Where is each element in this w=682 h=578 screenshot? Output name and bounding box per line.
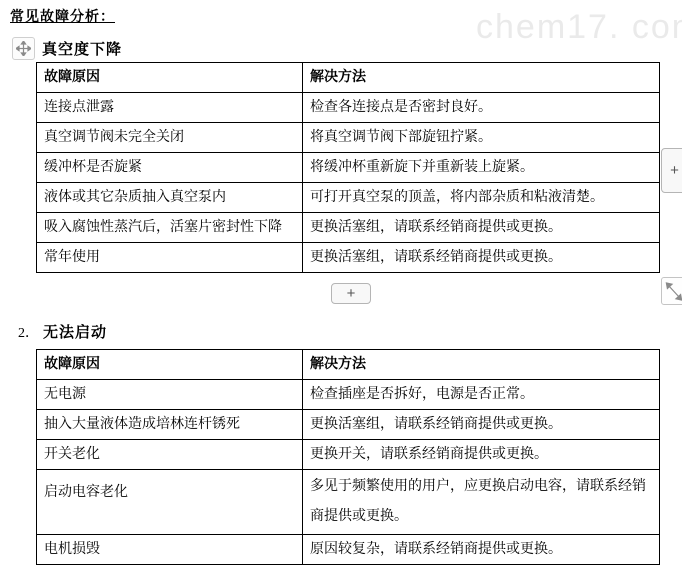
cause-cell[interactable]: 无电源 xyxy=(37,380,303,410)
solution-cell[interactable]: 多见于频繁使用的用户，应更换启动电容，请联系经销商提供或更换。 xyxy=(303,470,660,535)
table-row: 真空调节阀未完全关闭 将真空调节阀下部旋钮拧紧。 xyxy=(37,123,660,153)
table-row: 常年使用 更换活塞组，请联系经销商提供或更换。 xyxy=(37,243,660,273)
cause-cell[interactable]: 液体或其它杂质抽入真空泵内 xyxy=(37,183,303,213)
header-cell-cause[interactable]: 故障原因 xyxy=(37,63,303,93)
solution-cell[interactable]: 将真空调节阀下部旋钮拧紧。 xyxy=(303,123,660,153)
solution-cell[interactable]: 更换活塞组，请联系经销商提供或更换。 xyxy=(303,410,660,440)
solution-cell[interactable]: 检查插座是否拆好，电源是否正常。 xyxy=(303,380,660,410)
solution-cell[interactable]: 原因较复杂，请联系经销商提供或更换。 xyxy=(303,535,660,565)
watermark: chem17. com xyxy=(476,8,682,47)
insert-row-below-button[interactable]: + xyxy=(331,283,371,304)
insert-column-right-button[interactable]: + xyxy=(661,148,682,193)
solution-cell[interactable]: 更换活塞组，请联系经销商提供或更换。 xyxy=(303,213,660,243)
table-row: 连接点泄露 检查各连接点是否密封良好。 xyxy=(37,93,660,123)
document-page: chem17. com 常见故障分析： 真空度下降 故障原因 解决方法 xyxy=(0,0,682,578)
header-cell-solution[interactable]: 解决方法 xyxy=(303,350,660,380)
section-1-heading: 真空度下降 xyxy=(12,37,122,60)
cause-cell[interactable]: 开关老化 xyxy=(37,440,303,470)
table-row: 液体或其它杂质抽入真空泵内 可打开真空泵的顶盖，将内部杂质和粘液清楚。 xyxy=(37,183,660,213)
solution-cell[interactable]: 更换开关，请联系经销商提供或更换。 xyxy=(303,440,660,470)
move-icon xyxy=(16,41,31,56)
section-1-title: 真空度下降 xyxy=(42,38,122,59)
cause-cell[interactable]: 抽入大量液体造成培林连杆锈死 xyxy=(37,410,303,440)
table-resize-handle[interactable] xyxy=(661,277,682,305)
section-2-number: 2． xyxy=(18,322,39,342)
header-cell-solution[interactable]: 解决方法 xyxy=(303,63,660,93)
fault-table-no-start: 故障原因 解决方法 无电源 检查插座是否拆好，电源是否正常。 抽入大量液体造成培… xyxy=(36,349,660,565)
fault-table-vacuum: 故障原因 解决方法 连接点泄露 检查各连接点是否密封良好。 真空调节阀未完全关闭… xyxy=(36,62,660,273)
solution-cell[interactable]: 可打开真空泵的顶盖，将内部杂质和粘液清楚。 xyxy=(303,183,660,213)
cause-cell[interactable]: 真空调节阀未完全关闭 xyxy=(37,123,303,153)
table-header-row: 故障原因 解决方法 xyxy=(37,350,660,380)
cause-cell[interactable]: 常年使用 xyxy=(37,243,303,273)
table-row: 吸入腐蚀性蒸汽后，活塞片密封性下降 更换活塞组，请联系经销商提供或更换。 xyxy=(37,213,660,243)
solution-cell[interactable]: 更换活塞组，请联系经销商提供或更换。 xyxy=(303,243,660,273)
cause-cell[interactable]: 缓冲杯是否旋紧 xyxy=(37,153,303,183)
table-row: 电机损毁 原因较复杂，请联系经销商提供或更换。 xyxy=(37,535,660,565)
cause-cell[interactable]: 连接点泄露 xyxy=(37,93,303,123)
cause-cell[interactable]: 启动电容老化 xyxy=(37,470,303,535)
section-2-title: 无法启动 xyxy=(43,321,107,342)
table-row: 抽入大量液体造成培林连杆锈死 更换活塞组，请联系经销商提供或更换。 xyxy=(37,410,660,440)
table-header-row: 故障原因 解决方法 xyxy=(37,63,660,93)
table-row: 缓冲杯是否旋紧 将缓冲杯重新旋下并重新装上旋紧。 xyxy=(37,153,660,183)
table-row: 无电源 检查插座是否拆好，电源是否正常。 xyxy=(37,380,660,410)
page-title: 常见故障分析： xyxy=(10,6,115,26)
cause-cell[interactable]: 电机损毁 xyxy=(37,535,303,565)
resize-diagonal-icon xyxy=(664,279,682,303)
cause-cell[interactable]: 吸入腐蚀性蒸汽后，活塞片密封性下降 xyxy=(37,213,303,243)
solution-cell[interactable]: 检查各连接点是否密封良好。 xyxy=(303,93,660,123)
header-cell-cause[interactable]: 故障原因 xyxy=(37,350,303,380)
table-row: 启动电容老化 多见于频繁使用的用户，应更换启动电容，请联系经销商提供或更换。 xyxy=(37,470,660,535)
section-2-heading: 2． 无法启动 xyxy=(18,321,107,342)
solution-cell[interactable]: 将缓冲杯重新旋下并重新装上旋紧。 xyxy=(303,153,660,183)
table-move-handle[interactable] xyxy=(12,37,35,60)
table-row: 开关老化 更换开关，请联系经销商提供或更换。 xyxy=(37,440,660,470)
